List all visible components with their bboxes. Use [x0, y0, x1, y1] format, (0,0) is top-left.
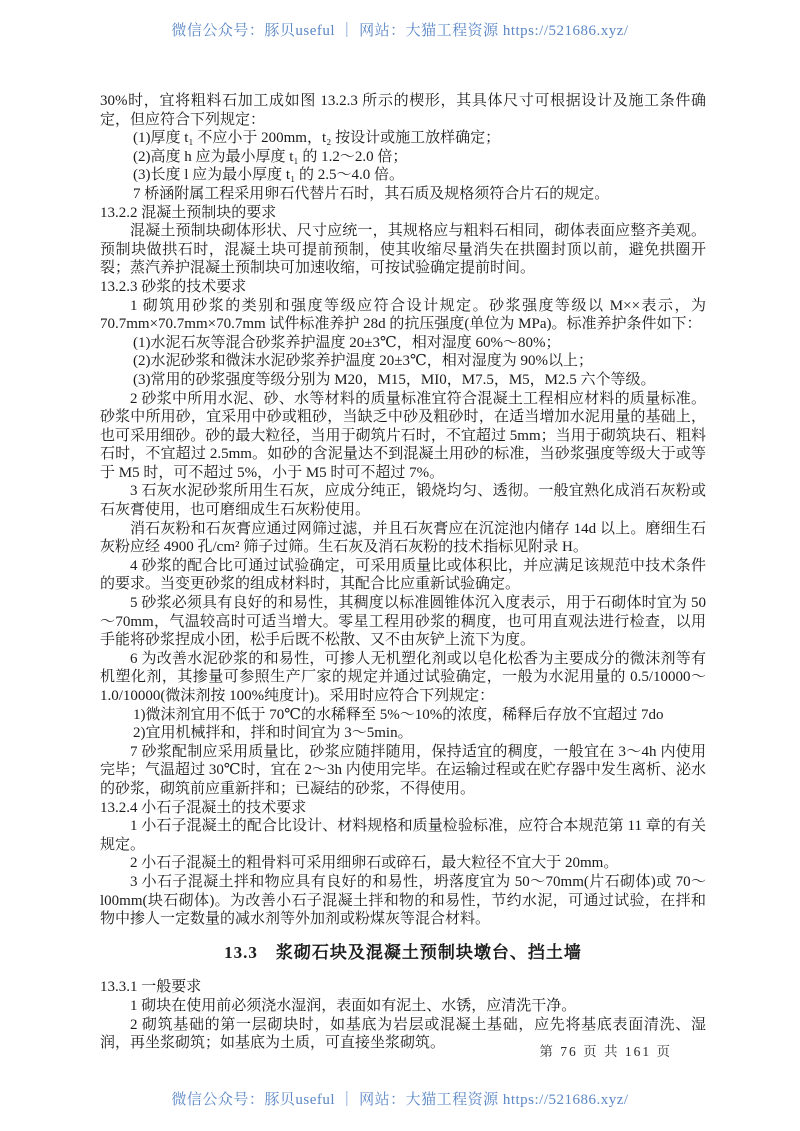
paragraph: 2 砂浆中所用水泥、砂、水等材料的质量标准宜符合混凝土工程相应材料的质量标准。砂… — [100, 390, 706, 483]
section-heading: 13.2.4 小石子混凝土的技术要求 — [100, 799, 706, 818]
paragraph: 消石灰粉和石灰膏应通过网筛过滤，并且石灰膏应在沉淀池内储存 14d 以上。磨细生… — [100, 520, 706, 557]
section-heading: 13.2.2 混凝土预制块的要求 — [100, 204, 706, 223]
list-item: (3)长度 l 应为最小厚度 t₁ 的 2.5～4.0 倍。 — [100, 166, 706, 185]
list-item: (2)高度 h 应为最小厚度 t₁ 的 1.2～2.0 倍； — [100, 148, 706, 167]
paragraph: 3 石灰水泥砂浆所用生石灰，应成分纯正，锻烧均匀、透彻。一般宜熟化成消石灰粉或石… — [100, 482, 706, 519]
paragraph: 1 小石子混凝土的配合比设计、材料规格和质量检验标准，应符合本规范第 11 章的… — [100, 817, 706, 854]
list-item: 2)宜用机械拌和，拌和时间宜为 3～5min。 — [100, 724, 706, 743]
header-banner: 微信公众号：豚贝useful ｜ 网站：大猫工程资源 https://52168… — [0, 19, 800, 40]
paragraph: 4 砂浆的配合比可通过试验确定，可采用质量比或体积比，并应满足该规范中技术条件的… — [100, 557, 706, 594]
paragraph: 2 小石子混凝土的粗骨料可采用细卵石或碎石，最大粒径不宜大于 20mm。 — [100, 854, 706, 873]
list-item: 1)微沫剂宜用不低于 70℃的水稀释至 5%～10%的浓度，稀释后存放不宜超过 … — [100, 706, 706, 725]
paragraph: 30%时，宜将粗料石加工成如图 13.2.3 所示的楔形，其具体尺寸可根据设计及… — [100, 92, 706, 129]
list-item: (1)水泥石灰等混合砂浆养护温度 20±3℃，相对湿度 60%～80%； — [100, 334, 706, 353]
paragraph: 7 砂浆配制应采用质量比，砂浆应随拌随用，保持适宜的稠度，一般宜在 3～4h 内… — [100, 743, 706, 799]
list-item: (3)常用的砂浆强度等级分别为 M20，M15，MI0，M7.5，M5，M2.5… — [100, 371, 706, 390]
section-heading: 13.3.1 一般要求 — [100, 978, 706, 997]
paragraph: 6 为改善水泥砂浆的和易性，可掺人无机塑化剂或以皂化松香为主要成分的微沫剂等有机… — [100, 650, 706, 706]
paragraph: 3 小石子混凝土拌和物应具有良好的和易性，坍落度宜为 50～70mm(片石砌体)… — [100, 873, 706, 929]
paragraph: 1 砌筑用砂浆的类别和强度等级应符合设计规定。砂浆强度等级以 M××表示，为 7… — [100, 297, 706, 334]
paragraph: 混凝土预制块砌体形状、尺寸应统一，其规格应与粗料石相同，砌体表面应整齐美观。预制… — [100, 222, 706, 278]
list-item: (2)水泥砂浆和微沫水泥砂浆养护温度 20±3℃，相对湿度为 90%以上； — [100, 352, 706, 371]
paragraph: 5 砂浆必须具有良好的和易性，其稠度以标准圆锥体沉入度表示，用于石砌体时宜为 5… — [100, 594, 706, 650]
list-item: (1)厚度 t₁ 不应小于 200mm，t₂ 按设计或施工放样确定； — [100, 129, 706, 148]
document-body: 30%时，宜将粗料石加工成如图 13.2.3 所示的楔形，其具体尺寸可根据设计及… — [100, 92, 706, 1053]
section-heading: 13.2.3 砂浆的技术要求 — [100, 278, 706, 297]
paragraph: 1 砌块在使用前必须浇水湿润，表面如有泥土、水锈，应清洗干净。 — [100, 997, 706, 1016]
page-number: 第 76 页 共 161 页 — [100, 1040, 706, 1060]
list-item: 7 桥涵附属工程采用卵石代替片石时，其石质及规格须符合片石的规定。 — [100, 185, 706, 204]
chapter-heading: 13.3 浆砌石块及混凝土预制块墩台、挡土墙 — [100, 944, 706, 963]
footer-banner: 微信公众号：豚贝useful ｜ 网站：大猫工程资源 https://52168… — [0, 1088, 800, 1109]
